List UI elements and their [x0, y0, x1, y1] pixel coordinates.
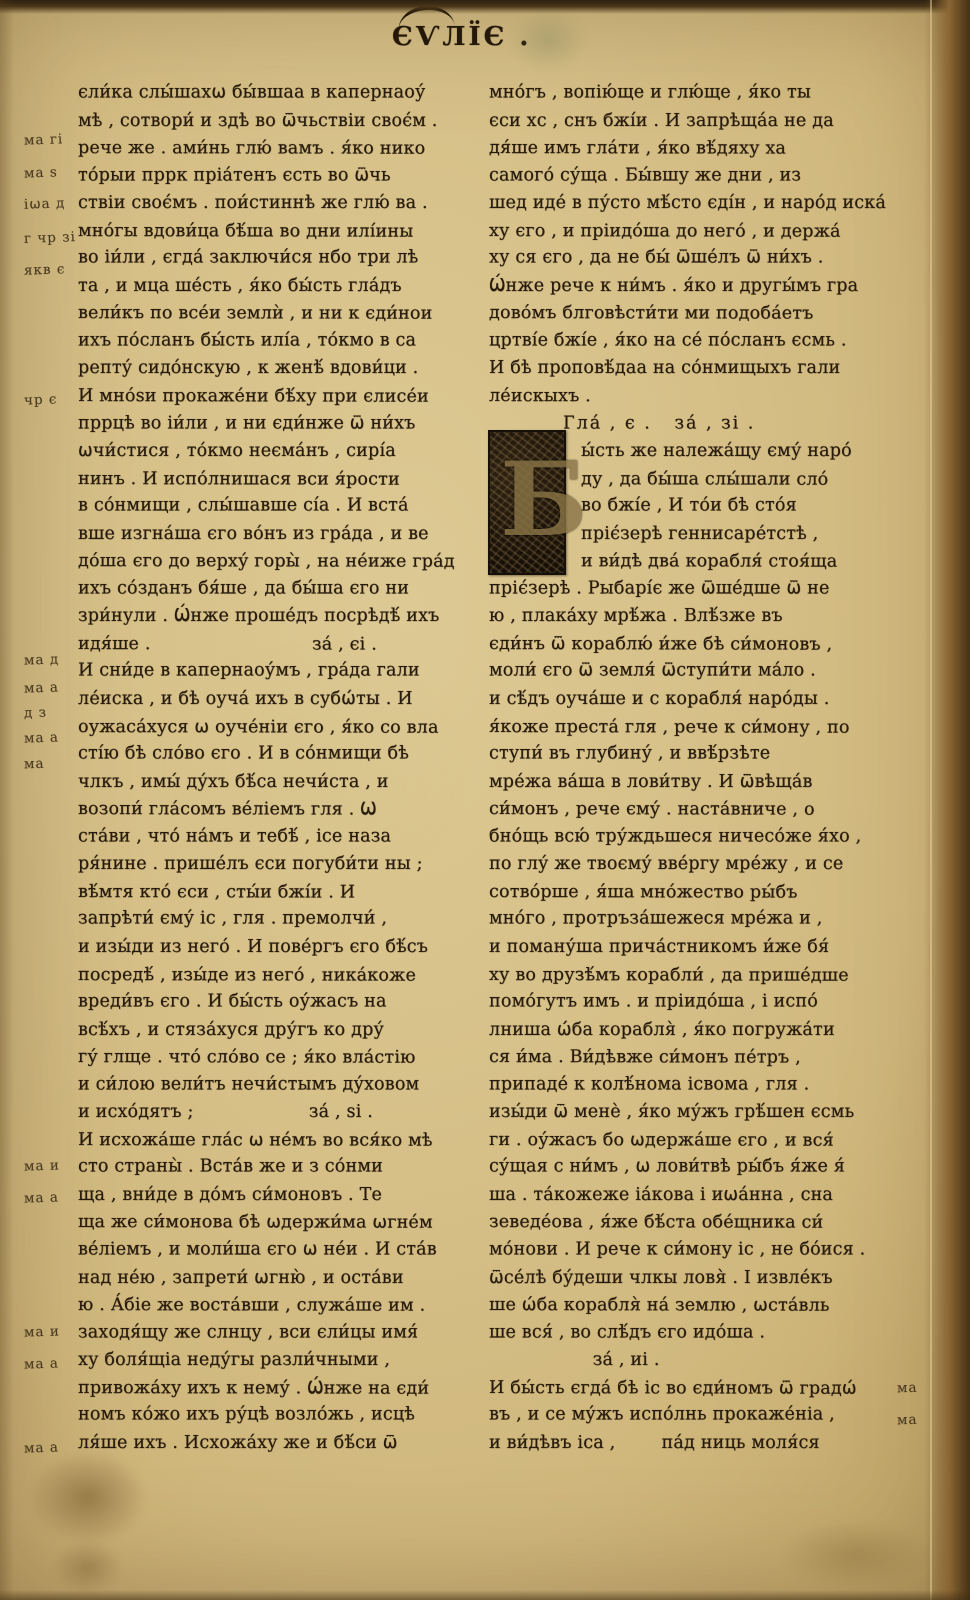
text-line: мно́го , протръза́шежеся мре́жа и ,	[489, 906, 909, 934]
page-top-edge	[0, 0, 970, 14]
text-line: заходя́щу же слнцу , вси єли́цы имя́	[78, 1319, 478, 1347]
left-text-column: єли́ка слы́шахѡ бы́вшаа в капернаоу́мѣ ,…	[78, 80, 478, 1457]
text-line: ху єго , и пріидо́ша до него́ , и держа́	[489, 218, 909, 246]
text-line: И мно́ѕи прокаже́ни бѣ́ху при єлисе́и	[78, 383, 478, 411]
text-line: и исхо́дятъ ; за́ , ѕі .	[78, 1099, 478, 1127]
text-line: си́монъ , рече єму́ . наста́вниче , о	[489, 796, 909, 824]
text-line: пріє́зерѣ . Рыбарі́є же ѿше́дше ѿ не	[489, 576, 909, 604]
margin-reference-note: якв є	[24, 261, 66, 278]
page-right-edge	[924, 0, 970, 1600]
text-line: мно́гы вдови́ца бѣ́ша во дни илі́ины	[78, 218, 478, 246]
text-line: возопи́ гла́сомъ ве́ліемъ гля . Ѡ	[78, 796, 478, 824]
text-line: оужаса́хуся ѡ оуче́ніи єго , я́ко со вла	[78, 714, 478, 742]
text-line: ствіи своє́мъ . пои́стиннѣ же глю́ ва .	[78, 190, 478, 218]
text-line: ю . А́біе же воста́вши , служа́ше им .	[78, 1292, 478, 1320]
margin-reference-note: ма а	[24, 679, 59, 696]
text-line: шед иде́ в пу́сто мѣ́сто єді́н , и наро́…	[489, 190, 909, 218]
text-line: ше ѡ́ба корабля̀ на́ землю , ѡста́вль	[489, 1292, 909, 1320]
text-line: ѿсе́лѣ бу́деши члкы ловя̀ . І извле́къ	[489, 1265, 909, 1293]
ink-stain	[28, 1450, 148, 1545]
text-line: ща же си́монова бѣ ѡдержи́ма ѡгне́м	[78, 1209, 478, 1237]
text-line: помо́гутъ имъ . и пріидо́ша , і испо́	[489, 989, 909, 1017]
text-line: мо́нови . И рече к си́мону іс , не бо́ис…	[489, 1237, 909, 1265]
text-line: за́ , иі .	[489, 1347, 909, 1375]
text-line: ху боля́щіа неду́гы разли́чными ,	[78, 1347, 478, 1375]
text-line: ля́ше ихъ . Исхожа́ху же и бѣ́си ѿ	[78, 1430, 478, 1458]
margin-reference-note: ма гі	[24, 131, 64, 148]
text-line: вѣ́мтя кто́ єси , сты́и бжі́и . И	[78, 879, 478, 907]
text-line: идя́ше . за́ , єі .	[78, 631, 478, 659]
text-line: вреди́въ єго . И бы́сть оу́жасъ на	[78, 989, 478, 1017]
margin-reference-note: ма а	[24, 1439, 59, 1456]
text-line: гу́ глще . что́ сло́во се ; я́ко вла́сті…	[78, 1044, 478, 1072]
text-line: пррцѣ во іи́ли , и ни єди́нже ѿ ни́хъ	[78, 410, 478, 438]
text-line: над не́ю , запрети́ ѡгню̀ , и оста́ви	[78, 1265, 478, 1293]
margin-reference-note: г чр зі	[24, 229, 76, 247]
text-line: и ви́дѣвъ іса , па́д ниць моля́ся	[489, 1430, 909, 1458]
text-line: сто страны̀ . Вста́в же и з со́нми	[78, 1154, 478, 1182]
text-line: ле́искыхъ .	[489, 383, 909, 411]
text-line: рече же . ами́нь глю́ вамъ . я́ко нико	[78, 135, 478, 163]
text-line: до́ша єго до верху́ горы̀ , на не́иже гр…	[78, 548, 478, 576]
text-line: И сни́де в капернаоу́мъ , гра́да гали	[78, 658, 478, 686]
text-line: ста́ви , что́ на́мъ и тебѣ́ , ісе наза	[78, 823, 478, 851]
text-line: в со́нмищи , слы́шавше сі́а . И вста́	[78, 493, 478, 521]
text-line: ху ся єго , да не бы́ ѿше́лъ ѿ ни́хъ .	[489, 245, 909, 273]
text-line: сотво́рше , я́ша мно́жество ры́бъ	[489, 879, 909, 907]
text-line: то́рыи пррк пріа́тенъ єсть во ѿчь	[78, 162, 478, 190]
text-line: єли́ка слы́шахѡ бы́вшаа в капернаоу́	[78, 80, 478, 108]
margin-reference-note: ма и	[24, 1157, 60, 1174]
text-line: сті́ю бѣ сло́во єго . И в со́нмищи бѣ	[78, 741, 478, 769]
text-line: репту́ сидо́нскую , к женѣ́ вдови́ци .	[78, 355, 478, 383]
text-line: моли́ єго ѿ земля́ ѿступи́ти ма́ло .	[489, 658, 909, 686]
text-line: нинъ . И испо́лнишася вси я́рости	[78, 466, 478, 494]
woodcut-initial: Б	[488, 430, 566, 575]
text-line: ша . та́кожеже іа́кова і иѡа́нна , сна	[489, 1182, 909, 1210]
text-line: вше изгна́ша єго во́нъ из гра́да , и ве	[78, 521, 478, 549]
margin-reference-note: чр є	[24, 391, 58, 408]
text-line: єси хс , снъ бжі́и . И запрѣща́а не да	[489, 108, 909, 136]
text-line: ся и́ма . Ви́дѣвже си́монъ пе́тръ ,	[489, 1044, 909, 1072]
text-line: су́щая с ни́мъ , ѡ лови́твѣ ры́бъ я́же я…	[489, 1154, 909, 1182]
text-line: и поману́ша прича́стникомъ и́же бя́	[489, 934, 909, 962]
text-line: зри́нули . Ѡ́нже проше́дъ посрѣдѣ́ ихъ	[78, 603, 478, 631]
text-line: мѣ , сотвори́ и здѣ во ѿчьствіи своє́м .	[78, 108, 478, 136]
text-line: запрѣти́ єму́ іс , гля . премолчи́ ,	[78, 906, 478, 934]
text-line: та , и мца ше́сть , я́ко бы́сть гла́дъ	[78, 273, 478, 301]
text-line: ѡчи́стися , то́кмо неєма́нъ , сирі́а	[78, 438, 478, 466]
text-line: ше вся́ , во слѣ́дъ єго идо́ша .	[489, 1319, 909, 1347]
margin-reference-note: д з	[24, 705, 48, 722]
text-line: я́коже преста́ гля , рече к си́мону , по	[489, 714, 909, 742]
ink-stain	[52, 1540, 122, 1595]
text-line: ихъ со́зданъ бя́ше , да бы́ша єго ни	[78, 576, 478, 604]
show-through-smudge	[508, 8, 588, 72]
text-line: И исхожа́ше гла́с ѡ не́мъ во вся́ко мѣ	[78, 1127, 478, 1155]
text-line: цртві́е бжі́е , я́ко на се́ по́сланъ єсм…	[489, 328, 909, 356]
text-line: ле́иска , и бѣ оуча́ ихъ в субѡ́ты . И	[78, 686, 478, 714]
text-line: мно́гъ , вопію́ще и глю́ще , я́ко ты	[489, 80, 909, 108]
text-line: привожа́ху ихъ к нему́ . Ѡ́нже на єди́	[78, 1375, 478, 1403]
margin-reference-note: ма а	[24, 1355, 59, 1372]
margin-reference-note: ма	[24, 756, 45, 773]
initial-letter-glyph: Б	[500, 440, 587, 560]
page-left-edge	[0, 0, 14, 1600]
text-line: И бы́сть єгда́ бѣ іс во єди́номъ ѿ градѡ…	[489, 1375, 909, 1403]
manuscript-page: ЄѴЛЇЄ . єли́ка слы́шахѡ бы́вшаа в каперн…	[0, 0, 970, 1600]
text-line: И бѣ проповѣ́даа на со́нмищыхъ гали	[489, 355, 909, 383]
text-line: ю , плака́ху мрѣ́жа . Влѣ́зже въ	[489, 603, 909, 631]
text-line: изы́ди ѿ менѐ , я́ко му́жъ грѣ́шен єсмь	[489, 1099, 909, 1127]
text-line: члкъ , имы́ ду́хъ бѣ́са нечи́ста , и	[78, 769, 478, 797]
margin-reference-note: ма а	[24, 1189, 59, 1206]
text-line: зеведе́ова , я́же бѣ́ста обе́щника си́	[489, 1209, 909, 1237]
text-line: во іи́ли , єгда́ заключи́ся нбо три лѣ	[78, 245, 478, 273]
text-line: посредѣ́ , изы́де из него́ , ника́коже	[78, 962, 478, 990]
text-line: ве́ліемъ , и моли́ша єго ѡ не́и . И ста́…	[78, 1237, 478, 1265]
text-line: єди́нъ ѿ кораблю́ и́же бѣ си́моновъ ,	[489, 631, 909, 659]
text-line: бно́щь всю́ тру́ждьшеся ничесо́же я́хо ,	[489, 823, 909, 851]
text-line: дя́ше имъ гла́ти , я́ко вѣ́дяху ха	[489, 135, 909, 163]
text-line: самого́ су́ща . Бы́вшу же дни , из	[489, 162, 909, 190]
text-line: ихъ по́сланъ бы́сть илі́а , то́кмо в са	[78, 328, 478, 356]
page-bottom-edge	[0, 1590, 970, 1600]
margin-reference-note: ма д	[24, 651, 60, 668]
text-line: въ , и се му́жъ испо́лнь прокаже́ніа ,	[489, 1402, 909, 1430]
right-text-column: мно́гъ , вопію́ще и глю́ще , я́ко тыєси …	[489, 80, 909, 1457]
margin-reference-note: ма а	[24, 729, 59, 746]
text-line: и сѣ́дъ оуча́ше и с корабля́ наро́ды .	[489, 686, 909, 714]
margin-reference-note: ма ѕ	[24, 164, 58, 181]
text-line: Ѡ́нже рече к ни́мъ . я́ко и другы́мъ гра	[489, 273, 909, 301]
text-line: и изы́ди из него́ . И пове́ргъ єго бѣ́съ	[78, 934, 478, 962]
text-line: лниша ѡ́ба корабля̀ , я́ко погружа́ти	[489, 1017, 909, 1045]
text-line: ги . оу́жасъ бо ѡдержа́ше єго , и вся́	[489, 1127, 909, 1155]
text-line: ступи́ въ глубину́ , и ввѣ́рзѣте	[489, 741, 909, 769]
text-line: всѣ́хъ , и стяза́хуся дру́гъ ко дру́	[78, 1017, 478, 1045]
ink-stain	[780, 1520, 930, 1590]
text-line: номъ ко́жо ихъ ру́цѣ возло́жь , исцѣ	[78, 1402, 478, 1430]
margin-reference-note: ма и	[24, 1323, 60, 1340]
text-line: по глу́ же твоєму́ вве́ргу мре́жу , и се	[489, 851, 909, 879]
text-line: ща , вни́де в до́мъ си́моновъ . Те	[78, 1182, 478, 1210]
margin-reference-note: іѡа д	[24, 195, 66, 212]
text-line: ря́нине . прише́лъ єси погуби́ти ны ;	[78, 851, 478, 879]
text-line: и си́лою вели́тъ нечи́стымъ ду́ховом	[78, 1071, 478, 1099]
text-line: припаде́ к колѣ́нома ісвома , гля .	[489, 1071, 909, 1099]
text-line: дово́мъ блговѣсти́ти ми подоба́етъ	[489, 300, 909, 328]
text-line: мре́жа ва́ша в лови́тву . И ѿвѣща́в	[489, 769, 909, 797]
text-line: вели́къ по все́и землѝ , и ни к єди́нои	[78, 300, 478, 328]
text-line: ху во друзѣ́мъ корабли́ , да прише́дше	[489, 962, 909, 990]
